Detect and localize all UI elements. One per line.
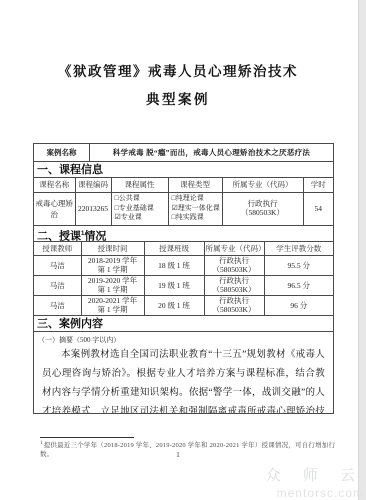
major-code: （580503K） <box>206 266 263 275</box>
checkbox-option: □公共课 <box>115 194 167 204</box>
course-info-header-row: 课程名称 课程编码 课程属性 课程类型 所属专业（代码） 学时 <box>34 178 333 192</box>
page-title: 《狱政管理》戒毒人员心理矫治技术 典型案例 <box>0 60 356 108</box>
class-cell: 20 级 1 班 <box>144 296 204 316</box>
course-info-data-row: 戒毒心理矫治 22013265 □公共课 □专业基础课 ☑专业课 □纯理论课 ☑… <box>34 192 333 225</box>
checkbox-option: □纯实践课 <box>172 213 221 223</box>
course-code-cell: 22013265 <box>75 192 111 225</box>
term-cell: 2020-2021 学年 第 1 学期 <box>81 296 144 316</box>
score-cell: 96 分 <box>264 296 333 316</box>
term-semester: 第 1 学期 <box>83 306 143 315</box>
title-line-1: 《狱政管理》戒毒人员心理矫治技术 <box>0 60 356 80</box>
footnote-marker: 1 <box>40 441 43 446</box>
major-cell: 行政执行 （580503K） <box>204 296 264 316</box>
score-cell: 95.5 分 <box>264 256 333 276</box>
section-heading-course-info: 一、课程信息 <box>34 162 333 178</box>
teaching-row: 马洁 2018-2019 学年 第 1 学期 18 级 1 班 行政执行 （58… <box>34 256 333 276</box>
watermark-domain: mentorsc.com <box>266 486 364 500</box>
class-cell: 18 级 1 班 <box>144 256 204 276</box>
checkbox-option: ☑专业课 <box>115 213 167 223</box>
column-header-course-attr: 课程属性 <box>111 178 168 192</box>
column-header-term: 授课时间 <box>81 242 144 256</box>
watermark-brand: 众 师 云 <box>266 464 364 485</box>
teacher-cell: 马洁 <box>34 296 81 316</box>
abstract-paragraph: 本案例教材选自全国司法职业教育“十三五”规划教材《戒毒人员心理咨询与矫治》。根据… <box>34 345 333 414</box>
term-cell: 2019-2020 学年 第 1 学期 <box>81 276 144 296</box>
case-form-table: 案例名称 科学戒毒 脱“瘾”而出，戒毒人员心理矫治技术之厌恶疗法 一、课程信息 … <box>33 143 334 414</box>
term-semester: 第 1 学期 <box>83 286 143 295</box>
teacher-cell: 马洁 <box>34 276 81 296</box>
checkbox-option: □纯理论课 <box>172 194 221 204</box>
major-code: （580503K） <box>224 209 302 218</box>
major-code: （580503K） <box>206 286 263 295</box>
teaching-table: 授课教师 授课时间 授课班级 所属专业（代码） 学生评教分数 马洁 2018-2… <box>34 242 333 317</box>
footnote-separator <box>40 437 134 438</box>
teaching-row: 马洁 2020-2021 学年 第 1 学期 20 级 1 班 行政执行 （58… <box>34 296 333 316</box>
teaching-heading-rest: 情况 <box>84 230 106 242</box>
score-cell: 96.5 分 <box>264 276 333 296</box>
column-header-hours: 学时 <box>303 178 333 192</box>
case-name-value: 科学戒毒 脱“瘾”而出，戒毒人员心理矫治技术之厌恶疗法 <box>90 144 333 161</box>
title-line-2: 典型案例 <box>0 88 356 108</box>
major-cell: 行政执行 （580503K） <box>222 192 303 225</box>
hours-cell: 54 <box>303 192 333 225</box>
course-name-cell: 戒毒心理矫治 <box>34 192 75 225</box>
major-code: （580503K） <box>206 306 263 315</box>
column-header-score: 学生评教分数 <box>264 242 333 256</box>
teaching-row: 马洁 2019-2020 学年 第 1 学期 19 级 1 班 行政执行 （58… <box>34 276 333 296</box>
watermark: 众 师 云 mentorsc.com <box>266 464 364 500</box>
case-name-label: 案例名称 <box>34 144 90 161</box>
column-header-class: 授课班级 <box>144 242 204 256</box>
major-cell: 行政执行 （580503K） <box>204 276 264 296</box>
term-semester: 第 1 学期 <box>83 266 143 275</box>
case-name-row: 案例名称 科学戒毒 脱“瘾”而出，戒毒人员心理矫治技术之厌恶疗法 <box>34 144 333 162</box>
checkbox-option: ☑理实一体化课 <box>172 204 221 214</box>
course-attr-cell: □公共课 □专业基础课 ☑专业课 <box>111 192 168 225</box>
page-number: 1 <box>0 451 356 459</box>
column-header-major: 所属专业（代码） <box>222 178 303 192</box>
teacher-cell: 马洁 <box>34 256 81 276</box>
teaching-heading-text: 二、授课 <box>37 230 81 242</box>
section-heading-teaching: 二、授课1情况 <box>34 226 333 242</box>
abstract-subheading: （一）摘要（500 字以内） <box>34 332 333 345</box>
major-cell: 行政执行 （580503K） <box>204 256 264 276</box>
course-info-table: 课程名称 课程编码 课程属性 课程类型 所属专业（代码） 学时 戒毒心理矫治 2… <box>34 178 333 226</box>
column-header-course-code: 课程编码 <box>75 178 111 192</box>
scan-edge <box>358 0 366 500</box>
column-header-course-type: 课程类型 <box>168 178 222 192</box>
column-header-course-name: 课程名称 <box>34 178 75 192</box>
checkbox-option: □专业基础课 <box>115 204 167 214</box>
term-cell: 2018-2019 学年 第 1 学期 <box>81 256 144 276</box>
section-heading-case-content: 三、案例内容 <box>34 316 333 332</box>
class-cell: 19 级 1 班 <box>144 276 204 296</box>
column-header-major2: 所属专业（代码） <box>204 242 264 256</box>
column-header-teacher: 授课教师 <box>34 242 81 256</box>
teaching-header-row: 授课教师 授课时间 授课班级 所属专业（代码） 学生评教分数 <box>34 242 333 256</box>
document-page: 《狱政管理》戒毒人员心理矫治技术 典型案例 案例名称 科学戒毒 脱“瘾”而出，戒… <box>0 0 366 500</box>
course-type-cell: □纯理论课 ☑理实一体化课 □纯实践课 <box>168 192 222 225</box>
